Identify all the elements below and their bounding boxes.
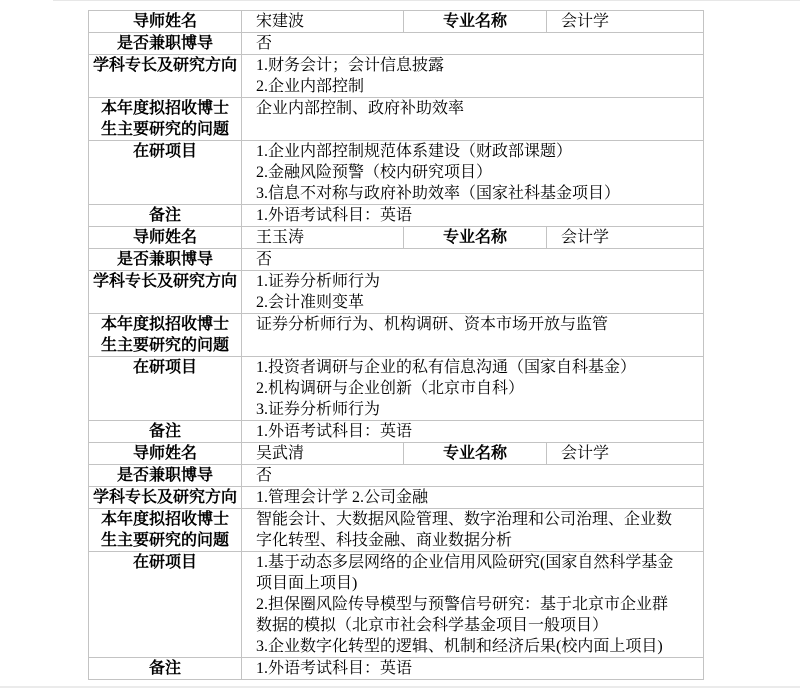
- remarks-label: 备注: [89, 205, 242, 227]
- research-questions-value: 企业内部控制、政府补助效率: [242, 98, 704, 141]
- projects-value: 1.企业内部控制规范体系建设（财政部课题） 2.金融风险预警（校内研究项目） 3…: [242, 141, 704, 205]
- supervisor-name-label: 导师姓名: [89, 227, 242, 249]
- remarks-value: 1.外语考试科目：英语: [242, 205, 704, 227]
- row-projects: 在研项目 1.基于动态多层网络的企业信用风险研究(国家自然科学基金项目面上项目)…: [89, 552, 704, 658]
- major-name-label: 专业名称: [404, 227, 547, 249]
- remarks-value: 1.外语考试科目：英语: [242, 658, 704, 680]
- document-page: 导师姓名 宋建波 专业名称 会计学 是否兼职博导 否 学科专长及研究方向 1.财…: [0, 0, 800, 688]
- row-research-questions: 本年度拟招收博士 生主要研究的问题 智能会计、大数据风险管理、数字治理和公司治理…: [89, 509, 704, 552]
- research-questions-value: 智能会计、大数据风险管理、数字治理和公司治理、企业数字化转型、科技金融、商业数据…: [242, 509, 704, 552]
- row-part-time: 是否兼职博导 否: [89, 33, 704, 55]
- research-questions-value: 证券分析师行为、机构调研、资本市场开放与监管: [242, 314, 704, 357]
- supervisor-name-value: 王玉涛: [242, 227, 404, 249]
- row-projects: 在研项目 1.投资者调研与企业的私有信息沟通（国家自科基金） 2.机构调研与企业…: [89, 357, 704, 421]
- major-name-value: 会计学: [547, 11, 704, 33]
- major-name-label: 专业名称: [404, 11, 547, 33]
- row-supervisor-name: 导师姓名 宋建波 专业名称 会计学: [89, 11, 704, 33]
- projects-value: 1.基于动态多层网络的企业信用风险研究(国家自然科学基金项目面上项目) 2.担保…: [242, 552, 704, 658]
- major-name-value: 会计学: [547, 227, 704, 249]
- part-time-label: 是否兼职博导: [89, 249, 242, 271]
- major-name-value: 会计学: [547, 443, 704, 465]
- row-projects: 在研项目 1.企业内部控制规范体系建设（财政部课题） 2.金融风险预警（校内研究…: [89, 141, 704, 205]
- projects-value: 1.投资者调研与企业的私有信息沟通（国家自科基金） 2.机构调研与企业创新（北京…: [242, 357, 704, 421]
- row-remarks: 备注 1.外语考试科目：英语: [89, 658, 704, 680]
- top-edge-divider: [53, 0, 800, 1]
- row-supervisor-name: 导师姓名 吴武清 专业名称 会计学: [89, 443, 704, 465]
- row-expertise: 学科专长及研究方向 1.管理会计学 2.公司金融: [89, 487, 704, 509]
- remarks-label: 备注: [89, 658, 242, 680]
- supervisor-name-value: 宋建波: [242, 11, 404, 33]
- remarks-label: 备注: [89, 421, 242, 443]
- row-part-time: 是否兼职博导 否: [89, 465, 704, 487]
- row-expertise: 学科专长及研究方向 1.证券分析师行为 2.会计准则变革: [89, 271, 704, 314]
- supervisor-name-label: 导师姓名: [89, 11, 242, 33]
- supervisor-block: 导师姓名 王玉涛 专业名称 会计学 是否兼职博导 否 学科专长及研究方向 1.证…: [89, 227, 704, 443]
- row-remarks: 备注 1.外语考试科目：英语: [89, 205, 704, 227]
- research-questions-label: 本年度拟招收博士 生主要研究的问题: [89, 509, 242, 552]
- supervisor-name-label: 导师姓名: [89, 443, 242, 465]
- row-research-questions: 本年度拟招收博士 生主要研究的问题 企业内部控制、政府补助效率: [89, 98, 704, 141]
- projects-label: 在研项目: [89, 357, 242, 421]
- part-time-label: 是否兼职博导: [89, 33, 242, 55]
- row-expertise: 学科专长及研究方向 1.财务会计；会计信息披露 2.企业内部控制: [89, 55, 704, 98]
- expertise-label: 学科专长及研究方向: [89, 55, 242, 98]
- part-time-label: 是否兼职博导: [89, 465, 242, 487]
- supervisor-name-value: 吴武清: [242, 443, 404, 465]
- major-name-label: 专业名称: [404, 443, 547, 465]
- row-supervisor-name: 导师姓名 王玉涛 专业名称 会计学: [89, 227, 704, 249]
- part-time-value: 否: [242, 33, 704, 55]
- row-research-questions: 本年度拟招收博士 生主要研究的问题 证券分析师行为、机构调研、资本市场开放与监管: [89, 314, 704, 357]
- supervisor-block: 导师姓名 宋建波 专业名称 会计学 是否兼职博导 否 学科专长及研究方向 1.财…: [89, 11, 704, 227]
- supervisor-table: 导师姓名 宋建波 专业名称 会计学 是否兼职博导 否 学科专长及研究方向 1.财…: [88, 10, 704, 680]
- research-questions-label: 本年度拟招收博士 生主要研究的问题: [89, 314, 242, 357]
- expertise-label: 学科专长及研究方向: [89, 271, 242, 314]
- remarks-value: 1.外语考试科目：英语: [242, 421, 704, 443]
- supervisor-block: 导师姓名 吴武清 专业名称 会计学 是否兼职博导 否 学科专长及研究方向 1.管…: [89, 443, 704, 680]
- part-time-value: 否: [242, 465, 704, 487]
- expertise-value: 1.管理会计学 2.公司金融: [242, 487, 704, 509]
- part-time-value: 否: [242, 249, 704, 271]
- projects-label: 在研项目: [89, 552, 242, 658]
- expertise-value: 1.证券分析师行为 2.会计准则变革: [242, 271, 704, 314]
- row-part-time: 是否兼职博导 否: [89, 249, 704, 271]
- row-remarks: 备注 1.外语考试科目：英语: [89, 421, 704, 443]
- expertise-label: 学科专长及研究方向: [89, 487, 242, 509]
- research-questions-label: 本年度拟招收博士 生主要研究的问题: [89, 98, 242, 141]
- expertise-value: 1.财务会计；会计信息披露 2.企业内部控制: [242, 55, 704, 98]
- projects-label: 在研项目: [89, 141, 242, 205]
